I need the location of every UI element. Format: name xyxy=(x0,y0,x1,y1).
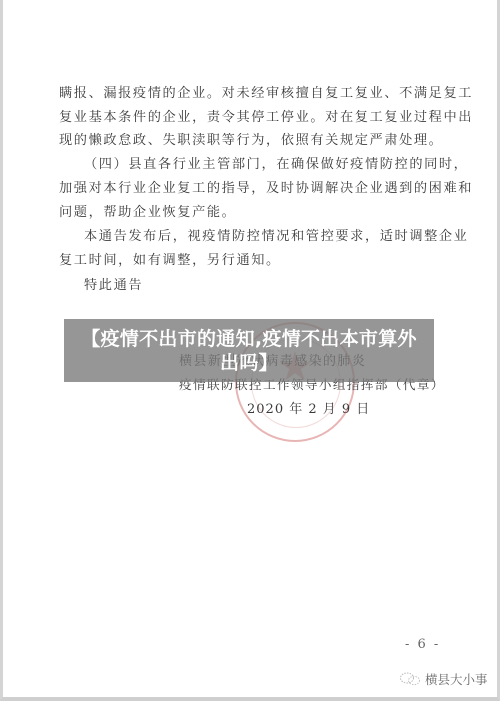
page-number: - 6 - xyxy=(405,637,440,652)
paragraph-line: 复工时间，如有调整，另行通知。 xyxy=(59,253,449,269)
title-overlay-banner: 【疫情不出市的通知,疫情不出本市算外出吗】 xyxy=(64,319,434,382)
paragraph-line: （四）县直各行业主管部门，在确保做好疫情防控的同时， xyxy=(84,157,474,173)
paragraph-line: 问题，帮助企业恢复产能。 xyxy=(59,205,449,221)
paragraph-line: 本通告发布后，视疫情防控情况和管控要求，适时调整企业 xyxy=(84,229,474,245)
paragraph-line: 复业基本条件的企业，责令其停工停业。对在复工复业过程中出 xyxy=(59,110,449,126)
paragraph-line: 现的懒政怠政、失职渎职等行为，依照有关规定严肃处理。 xyxy=(59,133,449,149)
wechat-watermark: 横县大小事 xyxy=(399,670,488,688)
paragraph-line: 瞒报、漏报疫情的企业。对未经审核擅自复工复业、不满足复工 xyxy=(59,86,449,102)
overlay-title: 【疫情不出市的通知,疫情不出本市算外出吗】 xyxy=(64,327,434,375)
wechat-icon xyxy=(399,672,421,686)
watermark-account-name: 横县大小事 xyxy=(425,670,488,688)
closing-line: 特此通告 xyxy=(84,278,474,294)
paragraph-line: 加强对本行业企业复工的指导，及时协调解决企业遇到的困难和 xyxy=(59,181,449,197)
signature-date: 2020 年 2 月 9 日 xyxy=(247,398,370,417)
